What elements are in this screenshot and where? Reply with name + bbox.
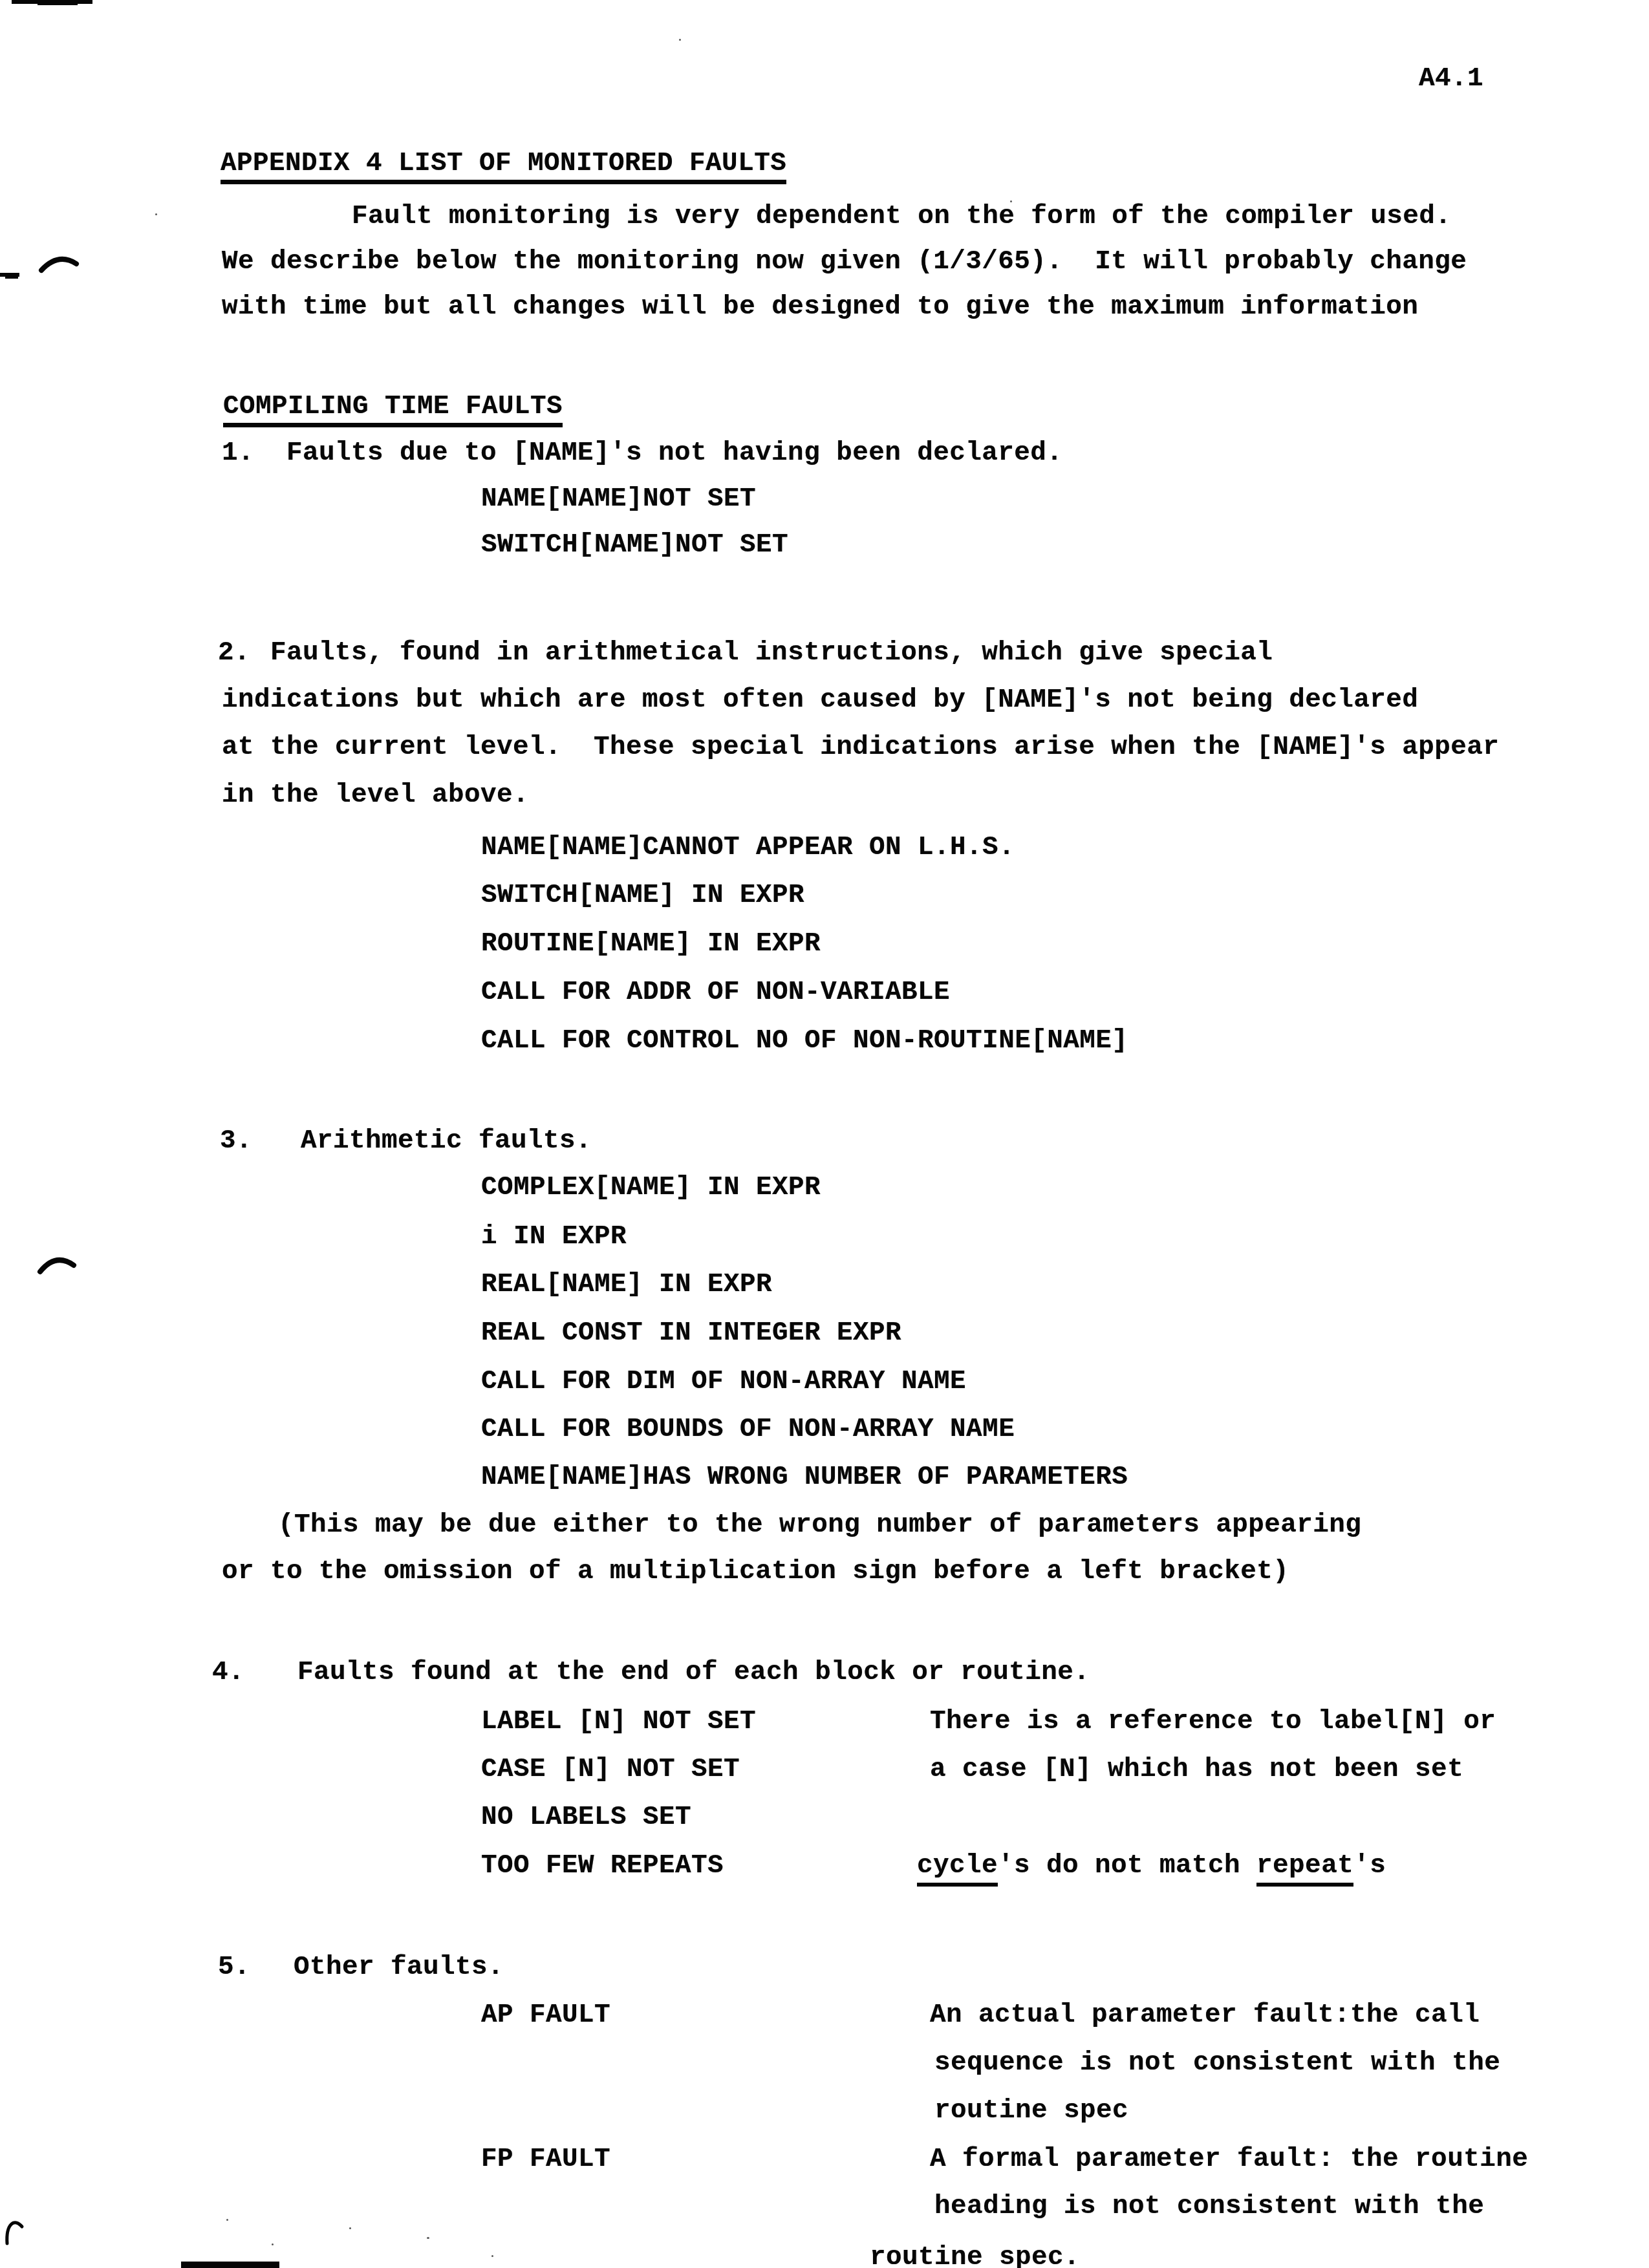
intro-line-3: with time but all changes will be design… (222, 294, 1418, 321)
fault-code: LABEL [N] NOT SET (481, 1709, 756, 1735)
section-heading-text: COMPILING TIME FAULTS (223, 394, 563, 427)
fault-code: NAME[NAME]HAS WRONG NUMBER OF PARAMETERS (481, 1464, 1128, 1491)
item-3-note-line-2: or to the omission of a multiplication s… (222, 1559, 1289, 1585)
fault-code: NAME[NAME]CANNOT APPEAR ON L.H.S. (481, 835, 1015, 861)
scan-noise (491, 2255, 493, 2257)
scan-noise (155, 213, 157, 215)
item-3-text: Arithmetic faults. (301, 1128, 592, 1155)
fault-code: FP FAULT (481, 2146, 610, 2173)
underlined-word-repeat: repeat (1256, 1851, 1353, 1887)
item-2-line-3: at the current level. These special indi… (222, 734, 1499, 761)
fault-description: routine spec (934, 2098, 1128, 2124)
item-3-number: 3. (220, 1128, 252, 1155)
scan-noise (226, 2219, 228, 2221)
intro-line-1: Fault monitoring is very dependent on th… (352, 204, 1451, 230)
fault-description: There is a reference to label[N] or (930, 1709, 1496, 1735)
fault-code: COMPLEX[NAME] IN EXPR (481, 1175, 821, 1201)
fault-code: REAL[NAME] IN EXPR (481, 1272, 772, 1298)
item-4-number: 4. (212, 1660, 244, 1686)
item-4-text: Faults found at the end of each block or… (297, 1660, 1090, 1686)
fault-code: NAME[NAME]NOT SET (481, 486, 756, 513)
item-2-line-1: Faults, found in arithmetical instructio… (270, 640, 1273, 667)
scanned-document-page: A4.1 APPENDIX 4 LIST OF MONITORED FAULTS… (0, 0, 1649, 2268)
intro-line-2: We describe below the monitoring now giv… (222, 249, 1467, 275)
appendix-heading: APPENDIX 4 LIST OF MONITORED FAULTS (221, 151, 786, 184)
fault-code: CALL FOR CONTROL NO OF NON-ROUTINE[NAME] (481, 1028, 1128, 1054)
item-2-number: 2. (218, 640, 250, 667)
fault-code: SWITCH[NAME]NOT SET (481, 532, 788, 559)
fault-code: CALL FOR ADDR OF NON-VARIABLE (481, 979, 950, 1006)
pen-mark-arc-2 (38, 1251, 80, 1274)
fault-description: routine spec. (870, 2245, 1080, 2268)
fault-code: NO LABELS SET (481, 1804, 691, 1831)
scan-noise (272, 2243, 274, 2245)
pen-mark-dash-2 (5, 276, 18, 279)
item-1-text: Faults due to [NAME]'s not having been d… (286, 440, 1062, 467)
item-2-line-2: indications but which are most often cau… (222, 687, 1418, 714)
scan-edge-artifact-bottom (181, 2262, 279, 2268)
fault-description: An actual parameter fault:the call (930, 2002, 1480, 2029)
item-5-text: Other faults. (294, 1954, 504, 1981)
fault-description: cycle's do not match repeat's (917, 1853, 1386, 1879)
fault-code: CASE [N] NOT SET (481, 1757, 740, 1783)
fault-code: AP FAULT (481, 2002, 610, 2029)
fault-description: sequence is not consistent with the (934, 2050, 1500, 2077)
item-3-note-line-1: (This may be due either to the wrong num… (278, 1512, 1361, 1539)
fault-code: SWITCH[NAME] IN EXPR (481, 883, 804, 909)
fault-code: ROUTINE[NAME] IN EXPR (481, 931, 821, 957)
item-5-number: 5. (218, 1954, 250, 1981)
fault-description-suffix: 's (1353, 1851, 1386, 1881)
fault-code: REAL CONST IN INTEGER EXPR (481, 1320, 901, 1347)
fault-code: CALL FOR BOUNDS OF NON-ARRAY NAME (481, 1417, 1015, 1443)
fault-description: A formal parameter fault: the routine (930, 2146, 1528, 2173)
item-1-number: 1. (222, 440, 254, 467)
fault-description-mid: 's do not match (998, 1851, 1256, 1881)
underlined-word-cycle: cycle (917, 1851, 998, 1887)
pen-mark-arc-1 (39, 251, 84, 273)
page-number: A4.1 (1419, 66, 1483, 92)
item-2-line-4: in the level above. (222, 782, 529, 809)
pen-mark-arc-3 (5, 2216, 27, 2246)
fault-description: a case [N] which has not been set (930, 1757, 1463, 1783)
appendix-heading-text: APPENDIX 4 LIST OF MONITORED FAULTS (221, 151, 786, 184)
fault-code: TOO FEW REPEATS (481, 1853, 724, 1879)
scan-noise (427, 2237, 429, 2239)
scan-noise (349, 2227, 351, 2229)
fault-code: CALL FOR DIM OF NON-ARRAY NAME (481, 1369, 966, 1395)
scan-edge-artifact-top-2 (38, 3, 78, 5)
fault-description: heading is not consistent with the (934, 2194, 1484, 2220)
fault-code: i IN EXPR (481, 1224, 627, 1250)
section-heading: COMPILING TIME FAULTS (223, 394, 563, 427)
scan-noise (679, 39, 681, 41)
